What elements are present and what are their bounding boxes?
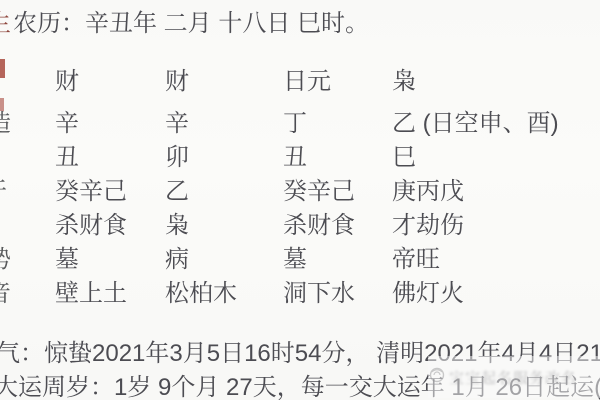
earthly-branches-row: 丑 卯 丑 巳 — [0, 144, 600, 174]
clipped-char-sheng: 生 — [0, 10, 11, 37]
bazi-cell: 才劫伤 — [392, 212, 464, 240]
bazi-cell: 辛 — [55, 110, 79, 138]
bazi-cell: 壁上土 — [55, 280, 127, 308]
bazi-cell: 巳 — [392, 144, 416, 172]
bazi-cell: 枭 — [165, 212, 189, 240]
bazi-cell: 癸辛己 — [283, 178, 355, 206]
bazi-cell: 卯 — [165, 144, 189, 172]
bazi-cell: 病 — [165, 246, 189, 274]
clipped-row-label: 势 — [0, 246, 11, 274]
bazi-cell: 财 — [165, 68, 189, 96]
clipped-row-label: 造 — [0, 110, 11, 138]
hidden-stems-row: 干 癸辛己 乙 癸辛己 庚丙戊 — [0, 178, 600, 208]
bazi-cell: 杀财食 — [55, 212, 127, 240]
bazi-cell: 辛 — [165, 110, 189, 138]
watermark-logo-icon — [428, 366, 446, 389]
bazi-cell: 财 — [55, 68, 79, 96]
bazi-cell: 松柏木 — [165, 280, 237, 308]
bazi-cell: 乙 (日空申、酉) — [392, 110, 559, 138]
clipped-row-label: 音 — [0, 280, 11, 308]
bazi-cell: 墓 — [55, 246, 79, 274]
heavenly-stems-row: 造 辛 辛 丁 乙 (日空申、酉) — [0, 110, 600, 140]
bazi-cell: 日元 — [283, 68, 331, 96]
nayin-row: 音 壁上土 松柏木 洞下水 佛灯火 — [0, 280, 600, 310]
sub-stars-row: 杀财食 枭 杀财食 才劫伤 — [0, 212, 600, 242]
bazi-cell: 癸辛己 — [55, 178, 127, 206]
bazi-cell: 洞下水 — [283, 280, 355, 308]
bazi-cell: 丑 — [283, 144, 307, 172]
bazi-cell: 墓 — [283, 246, 307, 274]
watermark-text: 宝宝起名服务改名 — [449, 367, 577, 388]
bazi-cell: 佛灯火 — [392, 280, 464, 308]
bazi-cell: 帝旺 — [392, 246, 440, 274]
bazi-cell: 庚丙戊 — [392, 178, 464, 206]
bazi-cell: 丁 — [283, 110, 307, 138]
bazi-cell: 枭 — [392, 68, 416, 96]
bazi-chart-page: 生农历：辛丑年 二月 十八日 巳时。 财 财 日元 枭 造 辛 辛 丁 乙 (日… — [0, 0, 600, 400]
bazi-cell: 乙 — [165, 178, 189, 206]
lunar-birth-text: 农历：辛丑年 二月 十八日 巳时。 — [13, 10, 369, 37]
bazi-cell: 丑 — [55, 144, 79, 172]
life-stage-row: 势 墓 病 墓 帝旺 — [0, 246, 600, 276]
ten-gods-row: 财 财 日元 枭 — [0, 68, 600, 98]
bazi-cell: 杀财食 — [283, 212, 355, 240]
lunar-birth-line: 生农历：辛丑年 二月 十八日 巳时。 — [0, 10, 369, 38]
clipped-row-label: 干 — [0, 178, 7, 206]
watermark: 宝宝起名服务改名 — [428, 356, 600, 398]
